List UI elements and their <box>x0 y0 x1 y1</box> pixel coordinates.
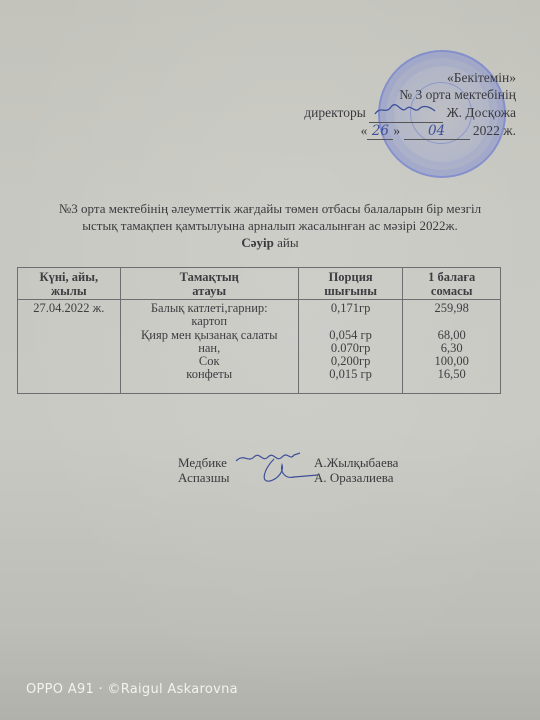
header-portion: Порцияшығыны <box>298 268 403 300</box>
cost-line <box>403 315 500 328</box>
director-name: Ж. Досқожа <box>447 105 516 120</box>
item-line: Сок <box>121 355 298 368</box>
signature-name: А. Оразалиева <box>314 470 394 485</box>
approval-director-line: директоры Ж. Досқожа <box>304 103 516 123</box>
cell-portions: 0,171гр0,054 гр0.070гр0,200гр0,015 гр <box>298 300 403 394</box>
date-month: 04 <box>404 123 470 141</box>
cost-line: 259,98 <box>403 302 500 315</box>
portion-line <box>299 315 403 328</box>
signature-scribble-icon <box>371 103 441 117</box>
handwritten-signatures-icon <box>234 449 318 489</box>
portion-line: 0.070гр <box>299 342 403 355</box>
cost-line: 6,30 <box>403 342 500 355</box>
document-title: №3 орта мектебінің әлеуметтік жағдайы тө… <box>30 200 510 251</box>
cost-line: 68,00 <box>403 329 500 342</box>
date-year: 2022 ж. <box>473 123 516 138</box>
item-line: Балық катлеті,гарнир: <box>121 302 298 315</box>
item-line: нан, <box>121 342 298 355</box>
approval-block: «Бекітемін» № 3 орта мектебінің директор… <box>304 70 516 140</box>
approval-date: «26» 04 2022 ж. <box>304 123 516 141</box>
approval-heading: «Бекітемін» <box>304 70 516 87</box>
item-line: Қияр мен қызанақ салаты <box>121 329 298 342</box>
portion-line: 0,054 гр <box>299 329 403 342</box>
director-label: директоры <box>304 105 366 120</box>
portion-line: 0,200гр <box>299 355 403 368</box>
cost-line: 16,50 <box>403 368 500 381</box>
signature-name: А.Жылқыбаева <box>314 455 398 470</box>
title-line-1: №3 орта мектебінің әлеуметтік жағдайы тө… <box>30 200 510 217</box>
portion-line: 0,171гр <box>299 302 403 315</box>
date-day: 26 <box>367 123 393 141</box>
item-line: картоп <box>121 315 298 328</box>
title-line-2: ыстық тамақпен қамтылуына арналып жасалы… <box>30 217 510 234</box>
approval-school: № 3 орта мектебінің <box>304 87 516 104</box>
cost-line: 100,00 <box>403 355 500 368</box>
director-signature <box>369 103 443 123</box>
header-cost: 1 балағасомасы <box>403 268 501 300</box>
cell-costs: 259,9868,006,30100,0016,50 <box>403 300 501 394</box>
item-line: конфеты <box>121 368 298 381</box>
menu-table: Күні, айы,жылы Тамақтыңатауы Порцияшығын… <box>17 267 501 394</box>
camera-watermark: OPPO A91 · ©Raigul Askarovna <box>26 682 238 697</box>
header-dish: Тамақтыңатауы <box>120 268 298 300</box>
portion-line: 0,015 гр <box>299 368 403 381</box>
title-month: Сәуір айы <box>30 234 510 251</box>
table-row: 27.04.2022 ж. Балық катлеті,гарнир:карто… <box>18 300 501 394</box>
signature-role: Медбике <box>178 455 227 470</box>
header-date: Күні, айы,жылы <box>18 268 121 300</box>
cell-date: 27.04.2022 ж. <box>18 300 121 394</box>
table-header-row: Күні, айы,жылы Тамақтыңатауы Порцияшығын… <box>18 268 501 300</box>
signature-role: Аспазшы <box>178 470 229 485</box>
cell-items: Балық катлеті,гарнир:картопҚияр мен қыза… <box>120 300 298 394</box>
